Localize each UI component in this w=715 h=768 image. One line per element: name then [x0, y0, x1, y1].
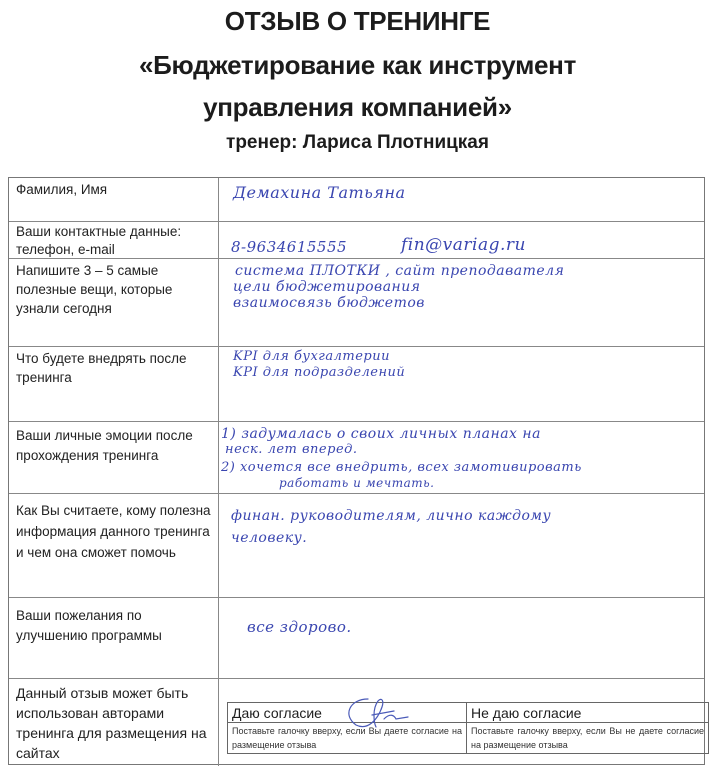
answer-who-benefits-1: финан. руководителям, лично каждому — [231, 508, 551, 524]
trainer-name: тренер: Лариса Плотницкая — [0, 132, 715, 154]
field-consent: Даю согласие Поставьте галочку вверху, е… — [219, 679, 704, 766]
field-who-benefits[interactable]: финан. руководителям, лично каждому чело… — [219, 494, 704, 597]
feedback-form-table: Фамилия, Имя Демахина Татьяна Ваши конта… — [8, 177, 705, 765]
answer-implement-1: KPI для бухгалтерии — [233, 349, 390, 364]
answer-suggestions: все здорово. — [247, 618, 352, 636]
form-title: ОТЗЫВ О ТРЕНИНГЕ — [0, 6, 715, 37]
label-consent: Данный отзыв может быть использован авто… — [9, 679, 219, 766]
answer-emotions-1: 1) задумалась о своих личных планах на — [221, 426, 541, 442]
signature-check-mark — [338, 693, 418, 733]
answer-emotions-3: 2) хочется все внедрить, всех замотивиро… — [221, 460, 582, 475]
label-contacts: Ваши контактные данные: телефон, e-mail — [9, 222, 219, 258]
consent-options: Даю согласие Поставьте галочку вверху, е… — [227, 702, 709, 754]
label-suggestions: Ваши пожелания по улучшению программы — [9, 598, 219, 678]
field-contacts[interactable]: 8-9634615555 fin@variag.ru — [219, 222, 704, 258]
course-title-line-2: управления компанией» — [0, 92, 715, 123]
course-title-line-1: «Бюджетирование как инструмент — [0, 50, 715, 81]
row-emotions: Ваши личные эмоции после прохождения тре… — [9, 422, 704, 494]
row-implement: Что будете внедрять после тренинга KPI д… — [9, 347, 704, 422]
field-full-name[interactable]: Демахина Татьяна — [219, 178, 704, 221]
answer-emotions-2: неск. лет вперед. — [225, 442, 358, 457]
answer-useful-2: цели бюджетирования — [233, 279, 421, 295]
consent-disagree-option[interactable]: Не даю согласие Поставьте галочку вверху… — [467, 703, 708, 753]
label-implement: Что будете внедрять после тренинга — [9, 347, 219, 421]
answer-full-name: Демахина Татьяна — [233, 183, 406, 202]
field-emotions[interactable]: 1) задумалась о своих личных планах на н… — [219, 422, 704, 493]
row-full-name: Фамилия, Имя Демахина Татьяна — [9, 178, 704, 222]
consent-disagree-note: Поставьте галочку вверху, если Вы не дае… — [467, 723, 708, 752]
consent-agree-option[interactable]: Даю согласие Поставьте галочку вверху, е… — [228, 703, 467, 753]
row-useful-things: Напишите 3 – 5 самые полезные вещи, кото… — [9, 259, 704, 347]
label-emotions: Ваши личные эмоции после прохождения тре… — [9, 422, 219, 493]
label-useful-things: Напишите 3 – 5 самые полезные вещи, кото… — [9, 259, 219, 346]
label-who-benefits: Как Вы считаете, кому полезна информация… — [9, 494, 219, 597]
answer-useful-3: взаимосвязь бюджетов — [233, 295, 425, 311]
answer-implement-2: KPI для подразделений — [233, 365, 405, 380]
row-consent: Данный отзыв может быть использован авто… — [9, 679, 704, 766]
label-full-name: Фамилия, Имя — [9, 178, 219, 221]
answer-useful-1: система ПЛОТКИ , сайт преподавателя — [235, 263, 564, 279]
row-contacts: Ваши контактные данные: телефон, e-mail … — [9, 222, 704, 259]
answer-who-benefits-2: человеку. — [231, 530, 307, 546]
consent-disagree-label: Не даю согласие — [467, 703, 708, 723]
field-suggestions[interactable]: все здорово. — [219, 598, 704, 678]
row-who-benefits: Как Вы считаете, кому полезна информация… — [9, 494, 704, 598]
answer-email: fin@variag.ru — [401, 235, 526, 255]
answer-phone: 8-9634615555 — [231, 238, 347, 256]
answer-emotions-4: работать и мечтать. — [279, 476, 434, 490]
field-useful-things[interactable]: система ПЛОТКИ , сайт преподавателя цели… — [219, 259, 704, 346]
row-suggestions: Ваши пожелания по улучшению программы вс… — [9, 598, 704, 679]
field-implement[interactable]: KPI для бухгалтерии KPI для подразделени… — [219, 347, 704, 421]
